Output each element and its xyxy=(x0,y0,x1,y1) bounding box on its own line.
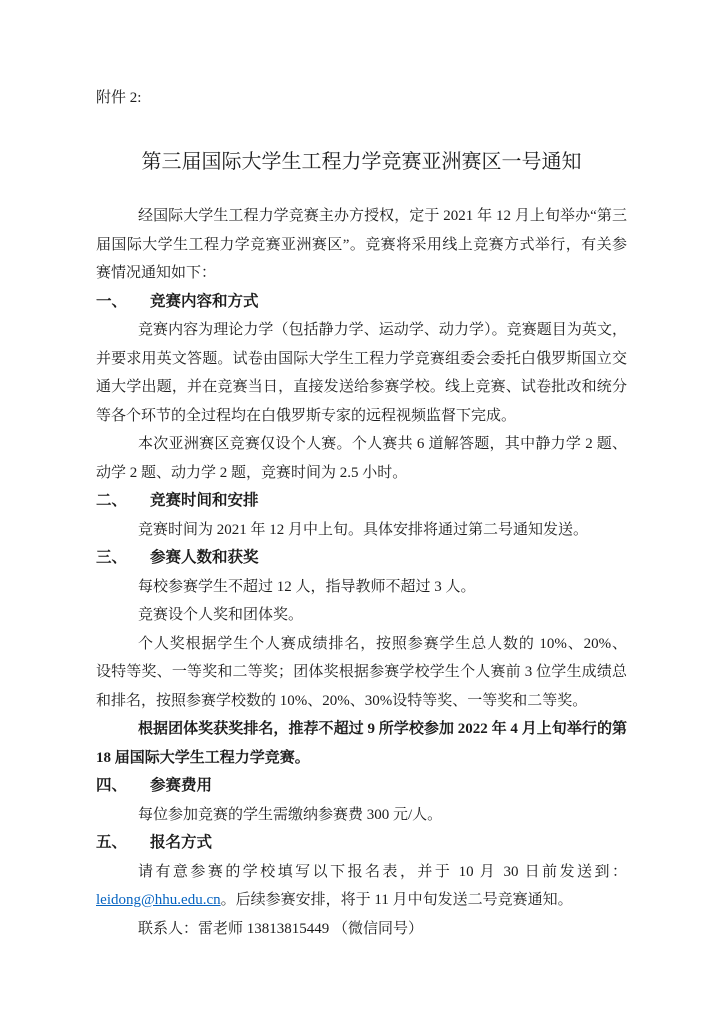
section-heading-2: 二、竞赛时间和安排 xyxy=(96,487,627,516)
section3-paragraph-awards: 竞赛设个人奖和团体奖。 xyxy=(96,601,627,630)
heading-number: 一、 xyxy=(96,288,150,317)
section4-paragraph-fee: 每位参加竞赛的学生需缴纳参赛费 300 元/人。 xyxy=(96,801,627,830)
document-title: 第三届国际大学生工程力学竞赛亚洲赛区一号通知 xyxy=(96,148,627,176)
intro-paragraph: 经国际大学生工程力学竞赛主办方授权，定于 2021 年 12 月上旬举办“第三 xyxy=(96,202,627,231)
heading-label: 报名方式 xyxy=(150,834,212,851)
intro-paragraph: 赛情况通知如下： xyxy=(96,259,627,288)
section5-paragraph-registration: leidong@hhu.edu.cn。后续参赛安排，将于 11 月中旬发送二号竞… xyxy=(96,886,627,915)
heading-number: 二、 xyxy=(96,487,150,516)
section-heading-5: 五、报名方式 xyxy=(96,829,627,858)
text-segment: 。后续参赛安排，将于 11 月中旬发送二号竞赛通知。 xyxy=(221,892,573,908)
email-link[interactable]: leidong@hhu.edu.cn xyxy=(96,892,221,908)
section3-paragraph-ranking: 个人奖根据学生个人赛成绩排名，按照参赛学生总人数的 10%、20%、30% xyxy=(96,630,627,659)
document-body: 经国际大学生工程力学竞赛主办方授权，定于 2021 年 12 月上旬举办“第三届… xyxy=(96,202,627,943)
document-page: 附件 2: 第三届国际大学生工程力学竞赛亚洲赛区一号通知 经国际大学生工程力学竞… xyxy=(0,0,724,1024)
section3-paragraph-quota: 每校参赛学生不超过 12 人，指导教师不超过 3 人。 xyxy=(96,573,627,602)
heading-label: 竞赛内容和方式 xyxy=(150,293,259,310)
heading-label: 参赛费用 xyxy=(150,777,212,794)
heading-label: 竞赛时间和安排 xyxy=(150,492,259,509)
intro-paragraph: 届国际大学生工程力学竞赛亚洲赛区”。竞赛将采用线上竞赛方式举行，有关参 xyxy=(96,231,627,260)
heading-label: 参赛人数和获奖 xyxy=(150,549,259,566)
section1-paragraph-content: 通大学出题，并在竞赛当日，直接发送给参赛学校。线上竞赛、试卷批改和统分 xyxy=(96,373,627,402)
attachment-label: 附件 2: xyxy=(96,88,627,108)
section1-paragraph-content: 等各个环节的全过程均在白俄罗斯专家的远程视频监督下完成。 xyxy=(96,402,627,431)
heading-number: 三、 xyxy=(96,544,150,573)
section3-paragraph-recommendation: 根据团体奖获奖排名，推荐不超过 9 所学校参加 2022 年 4 月上旬举行的第 xyxy=(96,715,627,744)
document-content: 附件 2: 第三届国际大学生工程力学竞赛亚洲赛区一号通知 经国际大学生工程力学竞… xyxy=(96,88,627,943)
section1-paragraph-format: 动学 2 题、动力学 2 题，竞赛时间为 2.5 小时。 xyxy=(96,459,627,488)
section-heading-1: 一、竞赛内容和方式 xyxy=(96,288,627,317)
section-heading-3: 三、参赛人数和获奖 xyxy=(96,544,627,573)
section-heading-4: 四、参赛费用 xyxy=(96,772,627,801)
contact-line: 联系人：雷老师 13813815449 （微信同号） xyxy=(96,915,627,944)
heading-number: 五、 xyxy=(96,829,150,858)
section2-paragraph-time: 竞赛时间为 2021 年 12 月中上旬。具体安排将通过第二号通知发送。 xyxy=(96,516,627,545)
section3-paragraph-recommendation: 18 届国际大学生工程力学竞赛。 xyxy=(96,744,627,773)
section1-paragraph-format: 本次亚洲赛区竞赛仅设个人赛。个人赛共 6 道解答题，其中静力学 2 题、运 xyxy=(96,430,627,459)
section3-paragraph-ranking: 设特等奖、一等奖和二等奖；团体奖根据参赛学校学生个人赛前 3 位学生成绩总 xyxy=(96,658,627,687)
section5-paragraph-registration: 请有意参赛的学校填写以下报名表，并于 10 月 30 日前发送到： xyxy=(96,858,627,887)
heading-number: 四、 xyxy=(96,772,150,801)
section1-paragraph-content: 并要求用英文答题。试卷由国际大学生工程力学竞赛组委会委托白俄罗斯国立交 xyxy=(96,345,627,374)
section3-paragraph-ranking: 和排名，按照参赛学校数的 10%、20%、30%设特等奖、一等奖和二等奖。 xyxy=(96,687,627,716)
section1-paragraph-content: 竞赛内容为理论力学（包括静力学、运动学、动力学）。竞赛题目为英文， xyxy=(96,316,627,345)
